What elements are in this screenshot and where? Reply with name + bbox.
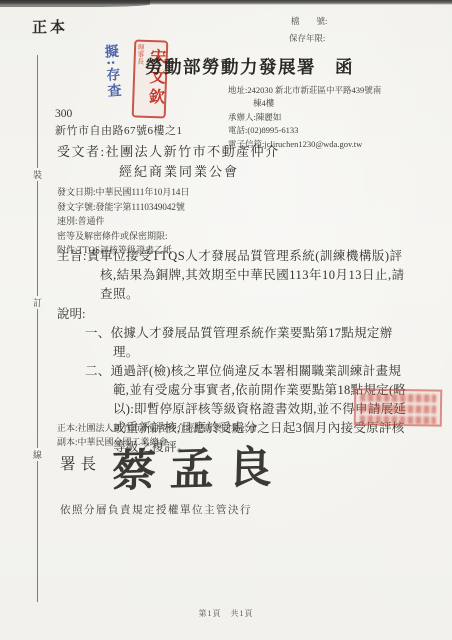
stamp-title-text: 理事長 bbox=[136, 44, 144, 65]
scan-smudge-artifact bbox=[0, 0, 150, 7]
item-2-number: 二、 bbox=[85, 364, 111, 378]
binding-mark-xian: 線 bbox=[31, 448, 44, 461]
signer-signature: 蔡孟良 bbox=[111, 431, 287, 500]
copy-type-label: 正本 bbox=[32, 16, 68, 37]
stamp-illegible-row bbox=[360, 415, 436, 424]
binding-mark-ding: 訂 bbox=[31, 296, 44, 309]
item-1-text: 依據人才發展品質管理系統作業要點第17點規定辦理。 bbox=[111, 326, 393, 359]
agency-contact-person: 承辦人:陳麗如 bbox=[228, 111, 381, 124]
handwritten-note: 擬:存查 bbox=[100, 43, 125, 122]
file-number-label: 檔 號: bbox=[291, 15, 327, 27]
security-class: 密等及解密條件或保密期限: bbox=[57, 229, 189, 244]
subject-paragraph: 主旨:貴單位接受TTQS人才發展品質管理系統(訓練機構版)評核,結果為銅牌,其效… bbox=[57, 247, 413, 304]
recipient-name-line2: 經紀商業同業公會 bbox=[119, 161, 239, 180]
agency-address-line2: 棟4樓 bbox=[228, 97, 381, 110]
chairman-name-stamp: 理事長 宋文欽 bbox=[132, 39, 169, 118]
item-1-number: 一、 bbox=[85, 326, 111, 340]
document-title: 勞動部勞動力發展署 函 bbox=[145, 54, 354, 79]
recipient-zip: 300 bbox=[55, 108, 72, 120]
explanation-label: 說明: bbox=[57, 305, 413, 324]
recipient-address: 新竹市自由路67號6樓之1 bbox=[55, 122, 183, 138]
delegation-note: 依照分層負責規定授權單位主管決行 bbox=[60, 502, 252, 517]
official-letter-page: 正本 檔 號: 保存年限: 擬:存查 理事長 宋文欽 勞動部勞動力發展署 函 地… bbox=[0, 0, 452, 640]
binding-mark-zhuang: 裝 bbox=[31, 168, 44, 181]
issue-number: 發文字號:發能字第1110349042號 bbox=[57, 200, 189, 215]
binding-margin-line bbox=[37, 55, 38, 602]
issue-date: 發文日期:中華民國111年10月14日 bbox=[57, 185, 189, 200]
page-number-footer: 第1頁 共1頁 bbox=[0, 608, 452, 619]
agency-address-line1: 地址:242030 新北市新莊區中平路439號南 bbox=[228, 84, 381, 97]
stamp-illegible-row bbox=[360, 404, 436, 413]
recipient-name-line1: 受文者:社團法人新竹市不動產仲介 bbox=[57, 141, 280, 160]
agency-phone: 電話:(02)8995-6133 bbox=[228, 124, 381, 137]
speed-class: 速別:普通件 bbox=[57, 214, 189, 229]
retention-period-label: 保存年限: bbox=[289, 32, 325, 44]
explanation-item-1: 一、依據人才發展品質管理系統作業要點第17點規定辦理。 bbox=[57, 324, 413, 362]
stamp-illegible-row bbox=[360, 393, 436, 402]
registry-receipt-stamp bbox=[354, 388, 443, 426]
signer-title: 署長 bbox=[60, 452, 101, 474]
